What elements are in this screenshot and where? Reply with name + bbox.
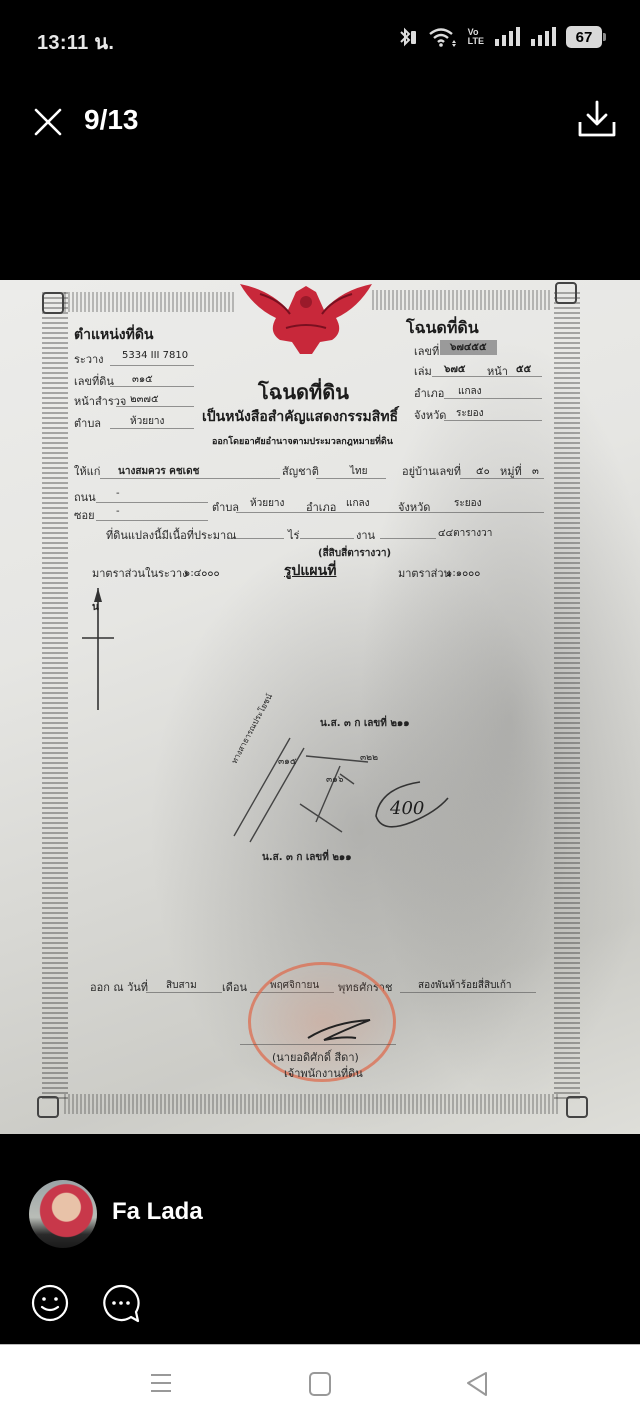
owner-name: นางสมควร คชเดช — [118, 464, 199, 479]
status-bar: 13:11 น. Vo LTE 67 — [0, 0, 640, 76]
underline — [444, 398, 542, 399]
download-icon[interactable] — [576, 98, 618, 140]
field-value: ๖๗๕ — [444, 362, 465, 377]
avatar[interactable] — [29, 1180, 97, 1248]
issue-year: สองพันห้าร้อยสี่สิบเก้า — [418, 978, 512, 993]
area-label: ที่ดินแปลงนี้มีเนื้อที่ประมาณ — [106, 526, 236, 544]
border-pattern-right — [554, 292, 580, 1102]
field-value: แกลง — [346, 496, 370, 511]
field-value: 5334 III 7810 — [122, 350, 188, 361]
field-label: ระวาง — [74, 350, 104, 368]
plot-right: ๓๑๖ — [326, 772, 344, 786]
field-label: อยู่บ้านเลขที่ — [402, 462, 461, 480]
underline — [146, 992, 222, 993]
plot-right-top: ๓๒๒ — [360, 750, 378, 764]
garuda-emblem-icon — [240, 280, 372, 358]
field-label: เลขที่ดิน — [74, 372, 114, 390]
comment-bubble-icon[interactable] — [101, 1282, 141, 1324]
corner-ornament-icon — [566, 1096, 588, 1118]
signal-sim2-icon — [530, 26, 556, 48]
field-value: - — [116, 488, 120, 499]
deed-title: โฉนดที่ดิน — [258, 376, 349, 408]
north-label: น — [92, 600, 99, 615]
volte-lte-icon: Vo LTE — [468, 28, 484, 46]
field-value: ๒๓๗๕ — [130, 392, 159, 407]
field-label: สัญชาติ — [282, 462, 319, 480]
location-heading: ตำแหน่งที่ดิน — [74, 324, 154, 346]
underline — [96, 520, 208, 521]
battery-icon: 67 — [566, 26, 602, 48]
underline — [236, 512, 544, 513]
field-label: เล่ม — [414, 362, 432, 380]
close-icon[interactable] — [30, 104, 66, 140]
officer-title: เจ้าพนักงานที่ดิน — [284, 1064, 363, 1082]
field-label: เลขที่ — [414, 342, 439, 360]
field-value: ห้วยยาง — [130, 414, 164, 429]
underline — [300, 538, 354, 539]
plot-left: ๓๑๕ — [278, 754, 297, 768]
signal-sim1-icon — [494, 26, 520, 48]
field-value: ระยอง — [454, 496, 482, 511]
field-label: ซอย — [74, 506, 95, 524]
field-value: แกลง — [458, 384, 482, 399]
underline — [228, 538, 284, 539]
corner-ornament-icon — [37, 1096, 59, 1118]
status-icons: Vo LTE 67 — [398, 24, 602, 50]
handwritten-note: 400 — [390, 798, 424, 819]
field-value: ห้วยยาง — [250, 496, 284, 511]
underline — [116, 406, 194, 407]
field-label: จังหวัด — [398, 498, 430, 516]
photo-land-title-deed[interactable]: ตำแหน่งที่ดิน ระวาง 5334 III 7810 เลขที่… — [0, 280, 640, 1134]
area-sq-wa: ๔๔ตารางวา — [438, 526, 492, 541]
plot-sketch — [228, 736, 378, 846]
signature-line — [240, 1044, 396, 1045]
wifi-icon — [428, 26, 458, 48]
image-counter: 9/13 — [84, 104, 139, 136]
border-pattern-top-left — [64, 292, 236, 312]
deed-subtitle: เป็นหนังสือสำคัญแสดงกรรมสิทธิ์ — [202, 406, 398, 428]
field-value: - — [116, 506, 120, 517]
field-label: จังหวัด — [414, 406, 446, 424]
menu-lines-icon[interactable] — [145, 1367, 177, 1399]
underline — [110, 428, 194, 429]
neighbor-bottom-label: น.ส. ๓ ก เลขที่ ๒๑๑ — [262, 850, 352, 865]
poster-bar: Fa Lada — [0, 1134, 640, 1344]
deed-number: ๖๗๔๕๕ — [440, 340, 497, 355]
field-label: ตำบล — [212, 498, 239, 516]
field-label: หน้า — [487, 362, 508, 380]
field-value: ๓๑๕ — [132, 372, 153, 387]
field-value: ๓ — [532, 464, 539, 479]
field-label: ไร่ — [288, 526, 299, 544]
field-value: ๑:๑๐๐๐ — [446, 566, 480, 581]
underline — [110, 386, 194, 387]
field-label: มาตราส่วน — [398, 564, 451, 582]
corner-ornament-icon — [555, 282, 577, 304]
field-label: ให้แก่ — [74, 462, 100, 480]
field-value: ๑:๔๐๐๐ — [184, 566, 220, 581]
field-label: ตำบล — [74, 414, 101, 432]
home-square-icon[interactable] — [304, 1367, 336, 1399]
status-time: 13:11 น. — [37, 26, 114, 58]
area-words: (สี่สิบสี่ตารางวา) — [318, 546, 391, 561]
underline — [460, 478, 544, 479]
underline — [444, 420, 542, 421]
field-value: ระยอง — [456, 406, 484, 421]
poster-name[interactable]: Fa Lada — [112, 1198, 203, 1226]
field-label: อำเภอ — [414, 384, 444, 402]
field-label: งาน — [356, 526, 375, 544]
underline — [110, 365, 194, 366]
issued-under: ออกโดยอาศัยอำนาจตามประมวลกฎหมายที่ดิน — [212, 434, 393, 448]
issue-day: สิบสาม — [166, 978, 197, 993]
system-nav-bar — [0, 1344, 640, 1422]
field-value: ไทย — [350, 464, 367, 479]
field-label: ถนน — [74, 488, 96, 506]
corner-ornament-icon — [42, 292, 64, 314]
underline — [96, 502, 208, 503]
viewer-top-bar: 9/13 — [0, 76, 640, 166]
signature — [304, 1016, 374, 1046]
field-label: เดือน — [222, 978, 247, 996]
underline — [400, 992, 536, 993]
field-label: อำเภอ — [306, 498, 336, 516]
back-triangle-icon[interactable] — [462, 1367, 494, 1399]
border-pattern-top-right — [372, 290, 552, 310]
deed-heading-right: โฉนดที่ดิน — [406, 316, 479, 341]
field-value: ๕๕ — [516, 362, 531, 377]
field-value: ๕๐ — [476, 464, 490, 479]
neighbor-top-label: น.ส. ๓ ก เลขที่ ๒๑๑ — [320, 716, 410, 731]
smiley-icon[interactable] — [30, 1282, 70, 1324]
underline — [100, 478, 280, 479]
plan-heading: รูปแผนที่ — [284, 560, 336, 582]
field-label: หน้าสำรวจ — [74, 392, 126, 410]
border-pattern-left — [42, 292, 68, 1102]
underline — [432, 376, 542, 377]
underline — [316, 478, 386, 479]
field-label: ออก ณ วันที่ — [90, 978, 148, 996]
border-pattern-bottom — [64, 1094, 560, 1114]
bluetooth-icon — [398, 26, 418, 48]
underline — [380, 538, 436, 539]
field-label: มาตราส่วนในระวาง — [92, 564, 188, 582]
